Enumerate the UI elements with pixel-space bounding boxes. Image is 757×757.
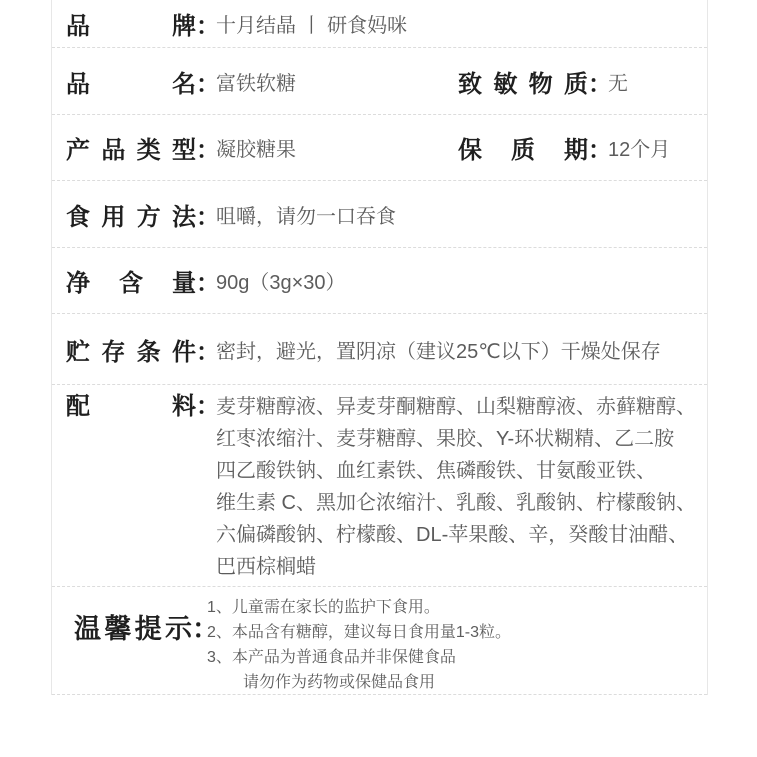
ingredients-label: 配料	[66, 391, 196, 423]
tip-item: 3、本产品为普通食品并非保健食品	[207, 645, 511, 670]
net-content-value: 90g（3g×30）	[216, 266, 346, 295]
type-label: 产品类型	[66, 130, 196, 165]
usage-label: 食用方法	[66, 197, 196, 232]
type-colon: ：	[196, 130, 216, 165]
tips-label: 温馨提示	[74, 607, 192, 646]
shelf-life-pair: 保质期 ： 12个月	[458, 115, 670, 180]
name-value: 富铁软糖	[216, 67, 296, 96]
row-storage: 贮存条件 ： 密封，避光，置阴凉（建议25℃以下）干燥处保存	[52, 314, 707, 385]
ingredients-line: 六偏磷酸钠、柠檬酸、DL-苹果酸、辛，癸酸甘油醋、	[216, 519, 696, 551]
usage-colon: ：	[196, 197, 216, 232]
net-content-colon: ：	[196, 263, 216, 298]
allergen-colon: ：	[588, 64, 608, 99]
storage-value: 密封，避光，置阴凉（建议25℃以下）干燥处保存	[216, 335, 661, 364]
row-net-content: 净含量 ： 90g（3g×30）	[52, 248, 707, 314]
ingredients-line: 麦芽糖醇液、异麦芽酮糖醇、山梨糖醇液、赤藓糖醇、	[216, 391, 696, 423]
name-label: 品名	[66, 64, 196, 99]
storage-colon: ：	[196, 332, 216, 367]
row-ingredients: 配料 ： 麦芽糖醇液、异麦芽酮糖醇、山梨糖醇液、赤藓糖醇、 红枣浓缩汁、麦芽糖醇…	[52, 385, 707, 587]
row-type-shelflife: 产品类型 ： 凝胶糖果 保质期 ： 12个月	[52, 115, 707, 181]
shelf-life-colon: ：	[588, 130, 608, 165]
name-colon: ：	[196, 64, 216, 99]
allergen-label: 致敏物质	[458, 64, 588, 99]
row-usage: 食用方法 ： 咀嚼，请勿一口吞食	[52, 181, 707, 248]
ingredients-line: 维生素 C、黑加仑浓缩汁、乳酸、乳酸钠、柠檬酸钠、	[216, 487, 696, 519]
tip-item-continuation: 请勿作为药物或保健品食用	[207, 670, 511, 695]
type-value: 凝胶糖果	[216, 133, 296, 162]
row-name-allergen: 品名 ： 富铁软糖 致敏物质 ： 无	[52, 48, 707, 115]
tip-item: 2、本品含有糖醇，建议每日食用量1-3粒。	[207, 620, 511, 645]
ingredients-line: 红枣浓缩汁、麦芽糖醇、果胶、Y-环状糊精、乙二胺	[216, 423, 696, 455]
ingredients-colon: ：	[196, 391, 216, 423]
brand-colon: ：	[196, 6, 216, 41]
ingredients-line: 巴西棕榈蜡	[216, 551, 696, 583]
row-brand: 品牌 ： 十月结晶 丨 研食妈咪	[52, 0, 707, 48]
tip-item: 1、儿童需在家长的监护下食用。	[207, 595, 511, 620]
allergen-value: 无	[608, 67, 628, 96]
row-tips: 温馨提示 ： 1、儿童需在家长的监护下食用。 2、本品含有糖醇，建议每日食用量1…	[52, 587, 707, 695]
net-content-label: 净含量	[66, 263, 196, 298]
tips-text: 1、儿童需在家长的监护下食用。 2、本品含有糖醇，建议每日食用量1-3粒。 3、…	[207, 587, 511, 695]
allergen-pair: 致敏物质 ： 无	[458, 48, 628, 114]
tips-label-group: 温馨提示 ：	[74, 607, 212, 646]
brand-label: 品牌	[66, 6, 196, 41]
shelf-life-label: 保质期	[458, 130, 588, 165]
usage-value: 咀嚼，请勿一口吞食	[216, 200, 396, 229]
ingredients-line: 四乙酸铁钠、血红素铁、焦磷酸铁、甘氨酸亚铁、	[216, 455, 696, 487]
shelf-life-value: 12个月	[608, 133, 670, 162]
ingredients-label-group: 配料 ：	[66, 391, 216, 423]
brand-value: 十月结晶 丨 研食妈咪	[216, 9, 407, 38]
product-spec-table: 品牌 ： 十月结晶 丨 研食妈咪 品名 ： 富铁软糖 致敏物质 ： 无 产品类型…	[51, 0, 708, 695]
storage-label: 贮存条件	[66, 332, 196, 367]
tips-colon: ：	[192, 607, 212, 646]
ingredients-text: 麦芽糖醇液、异麦芽酮糖醇、山梨糖醇液、赤藓糖醇、 红枣浓缩汁、麦芽糖醇、果胶、Y…	[216, 385, 696, 583]
